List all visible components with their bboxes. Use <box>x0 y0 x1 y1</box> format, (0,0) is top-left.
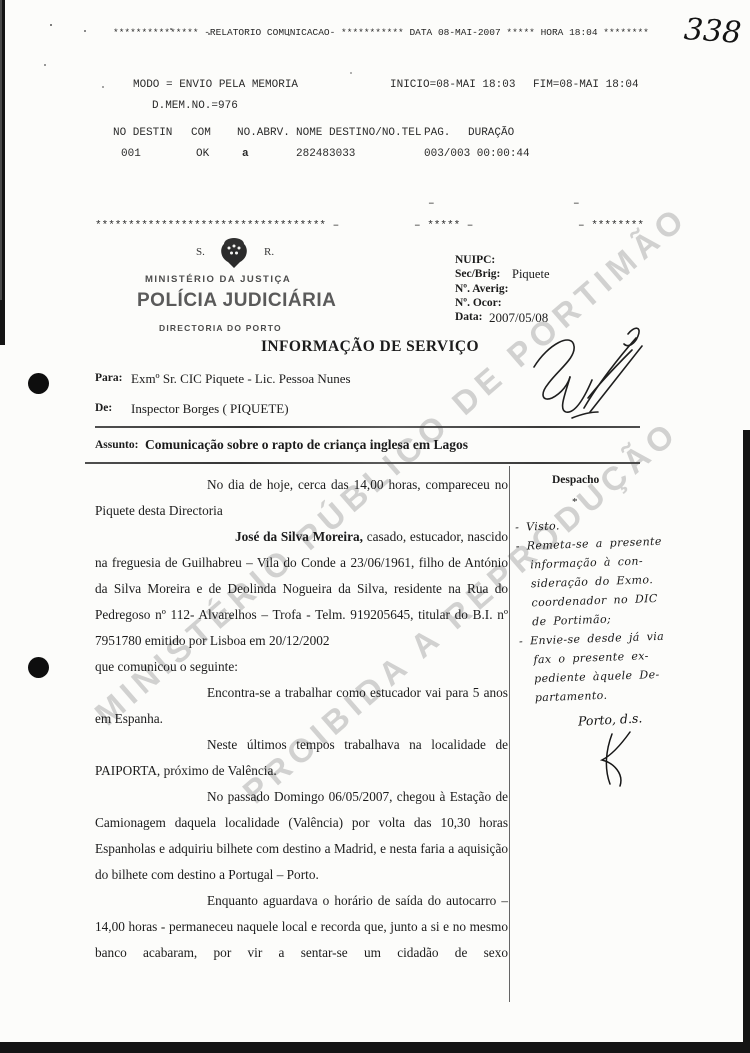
paragraph-text: Encontra-se a trabalhar como estucador v… <box>95 685 508 726</box>
paragraph: No dia de hoje, cerca das 14,00 horas, c… <box>95 472 508 524</box>
handwritten-page-number: 338 <box>683 12 743 51</box>
horizontal-rule <box>85 462 640 464</box>
paragraph: No passado Domingo 06/05/2007, chegou à … <box>95 784 508 888</box>
sec-brig-label: Sec/Brig: <box>455 268 500 280</box>
organization-name: POLÍCIA JUDICIÁRIA <box>137 290 336 312</box>
letterhead-r: R. <box>264 246 274 258</box>
despacho-heading: Despacho <box>552 474 599 486</box>
assunto-label: Assunto: <box>95 439 138 451</box>
paragraph: José da Silva Moreira, casado, estucador… <box>95 524 508 654</box>
sec-brig-value: Piquete <box>512 267 550 282</box>
separator-stars-left: *********************************** – <box>95 220 339 232</box>
fax-cell-destination: 001 <box>121 148 141 160</box>
para-label: Para: <box>95 372 122 384</box>
paragraph: Encontra-se a trabalhar como estucador v… <box>95 680 508 732</box>
fax-col-header: NOME DESTINO/NO.TEL <box>296 127 421 139</box>
paragraph-text: Enquanto aguardava o horário de saída do… <box>95 893 508 960</box>
fax-col-header: NO.ABRV. <box>237 127 290 139</box>
punch-hole-top <box>28 373 49 394</box>
fax-end-time: FIM=08-MAI 18:04 <box>533 79 639 91</box>
scan-bottom-edge <box>0 1042 750 1053</box>
fax-col-header: NO DESTIN <box>113 127 172 139</box>
fax-col-header: PAG. <box>424 127 450 139</box>
paragraph: Neste últimos tempos trabalhava na local… <box>95 732 508 784</box>
separator-stars-right: – ******** <box>578 220 644 232</box>
fax-cell-abrv: a <box>242 148 249 160</box>
para-value: Exmº Sr. CIC Piquete - Lic. Pessoa Nunes <box>131 371 351 387</box>
scan-speckles <box>50 24 52 26</box>
paragraph: que comunicou o seguinte: <box>95 654 508 680</box>
fax-report-line: *************** -RELATORIO COMUNICACAO- … <box>113 27 649 38</box>
despacho-star: * <box>572 496 578 508</box>
paragraph: Enquanto aguardava o horário de saída do… <box>95 888 508 966</box>
fax-cell-com: OK <box>196 148 209 160</box>
data-label: Data: <box>455 311 482 323</box>
fax-mode: MODO = ENVIO PELA MEMORIA <box>133 79 298 91</box>
column-divider <box>509 466 510 1002</box>
paragraph-text: No dia de hoje, cerca das 14,00 horas, c… <box>95 477 508 518</box>
averig-label: Nº. Averig: <box>455 283 508 295</box>
scan-left-edge-faint <box>0 0 2 300</box>
handwritten-signoff: Porto, d.s. <box>578 710 643 728</box>
separator-tick: – <box>573 198 580 210</box>
punch-hole-bottom <box>28 657 49 678</box>
separator-stars-mid: – ***** – <box>414 220 473 232</box>
letterhead-s: S. <box>196 246 205 258</box>
fax-col-header: COM <box>191 127 211 139</box>
de-label: De: <box>95 402 112 414</box>
fax-memory-number: D.MEM.NO.=976 <box>152 100 238 112</box>
fax-cell-pages-duration: 003/003 00:00:44 <box>424 148 530 160</box>
nuipc-label: NUIPC: <box>455 254 495 266</box>
ministry-name: MINISTÉRIO DA JUSTIÇA <box>145 274 291 285</box>
paragraph-text: Neste últimos tempos trabalhava na local… <box>95 737 508 778</box>
fax-start-time: INICIO=08-MAI 18:03 <box>390 79 515 91</box>
coat-of-arms-icon <box>214 235 254 274</box>
signature-initial-flourish <box>596 730 640 793</box>
paragraph-text: No passado Domingo 06/05/2007, chegou à … <box>95 789 508 882</box>
scan-right-edge <box>743 430 750 1042</box>
separator-tick: – <box>428 198 435 210</box>
fax-cell-phone: 282483033 <box>296 148 355 160</box>
signature-scribble <box>528 322 663 439</box>
person-name-bold: José da Silva Moreira, <box>235 529 363 544</box>
scanned-fax-page: MINISTÉRIO PÚBLICO DE PORTIMÃO PROIBIDA … <box>0 0 750 1053</box>
assunto-value: Comunicação sobre o rapto de criança ing… <box>145 437 468 453</box>
paragraph-text: que comunicou o seguinte: <box>95 659 238 674</box>
directorate-name: DIRECTORIA DO PORTO <box>159 323 282 333</box>
paragraph-text: casado, estucador, nascido na freguesia … <box>95 529 508 648</box>
ocor-label: Nº. Ocor: <box>455 297 502 309</box>
de-value: Inspector Borges ( PIQUETE) <box>131 401 289 417</box>
handwritten-despacho-notes: - Visto. - Remeta-se a presente informaç… <box>515 510 741 708</box>
body-text-column: No dia de hoje, cerca das 14,00 horas, c… <box>95 466 508 966</box>
fax-col-header: DURAÇÃO <box>468 127 514 139</box>
